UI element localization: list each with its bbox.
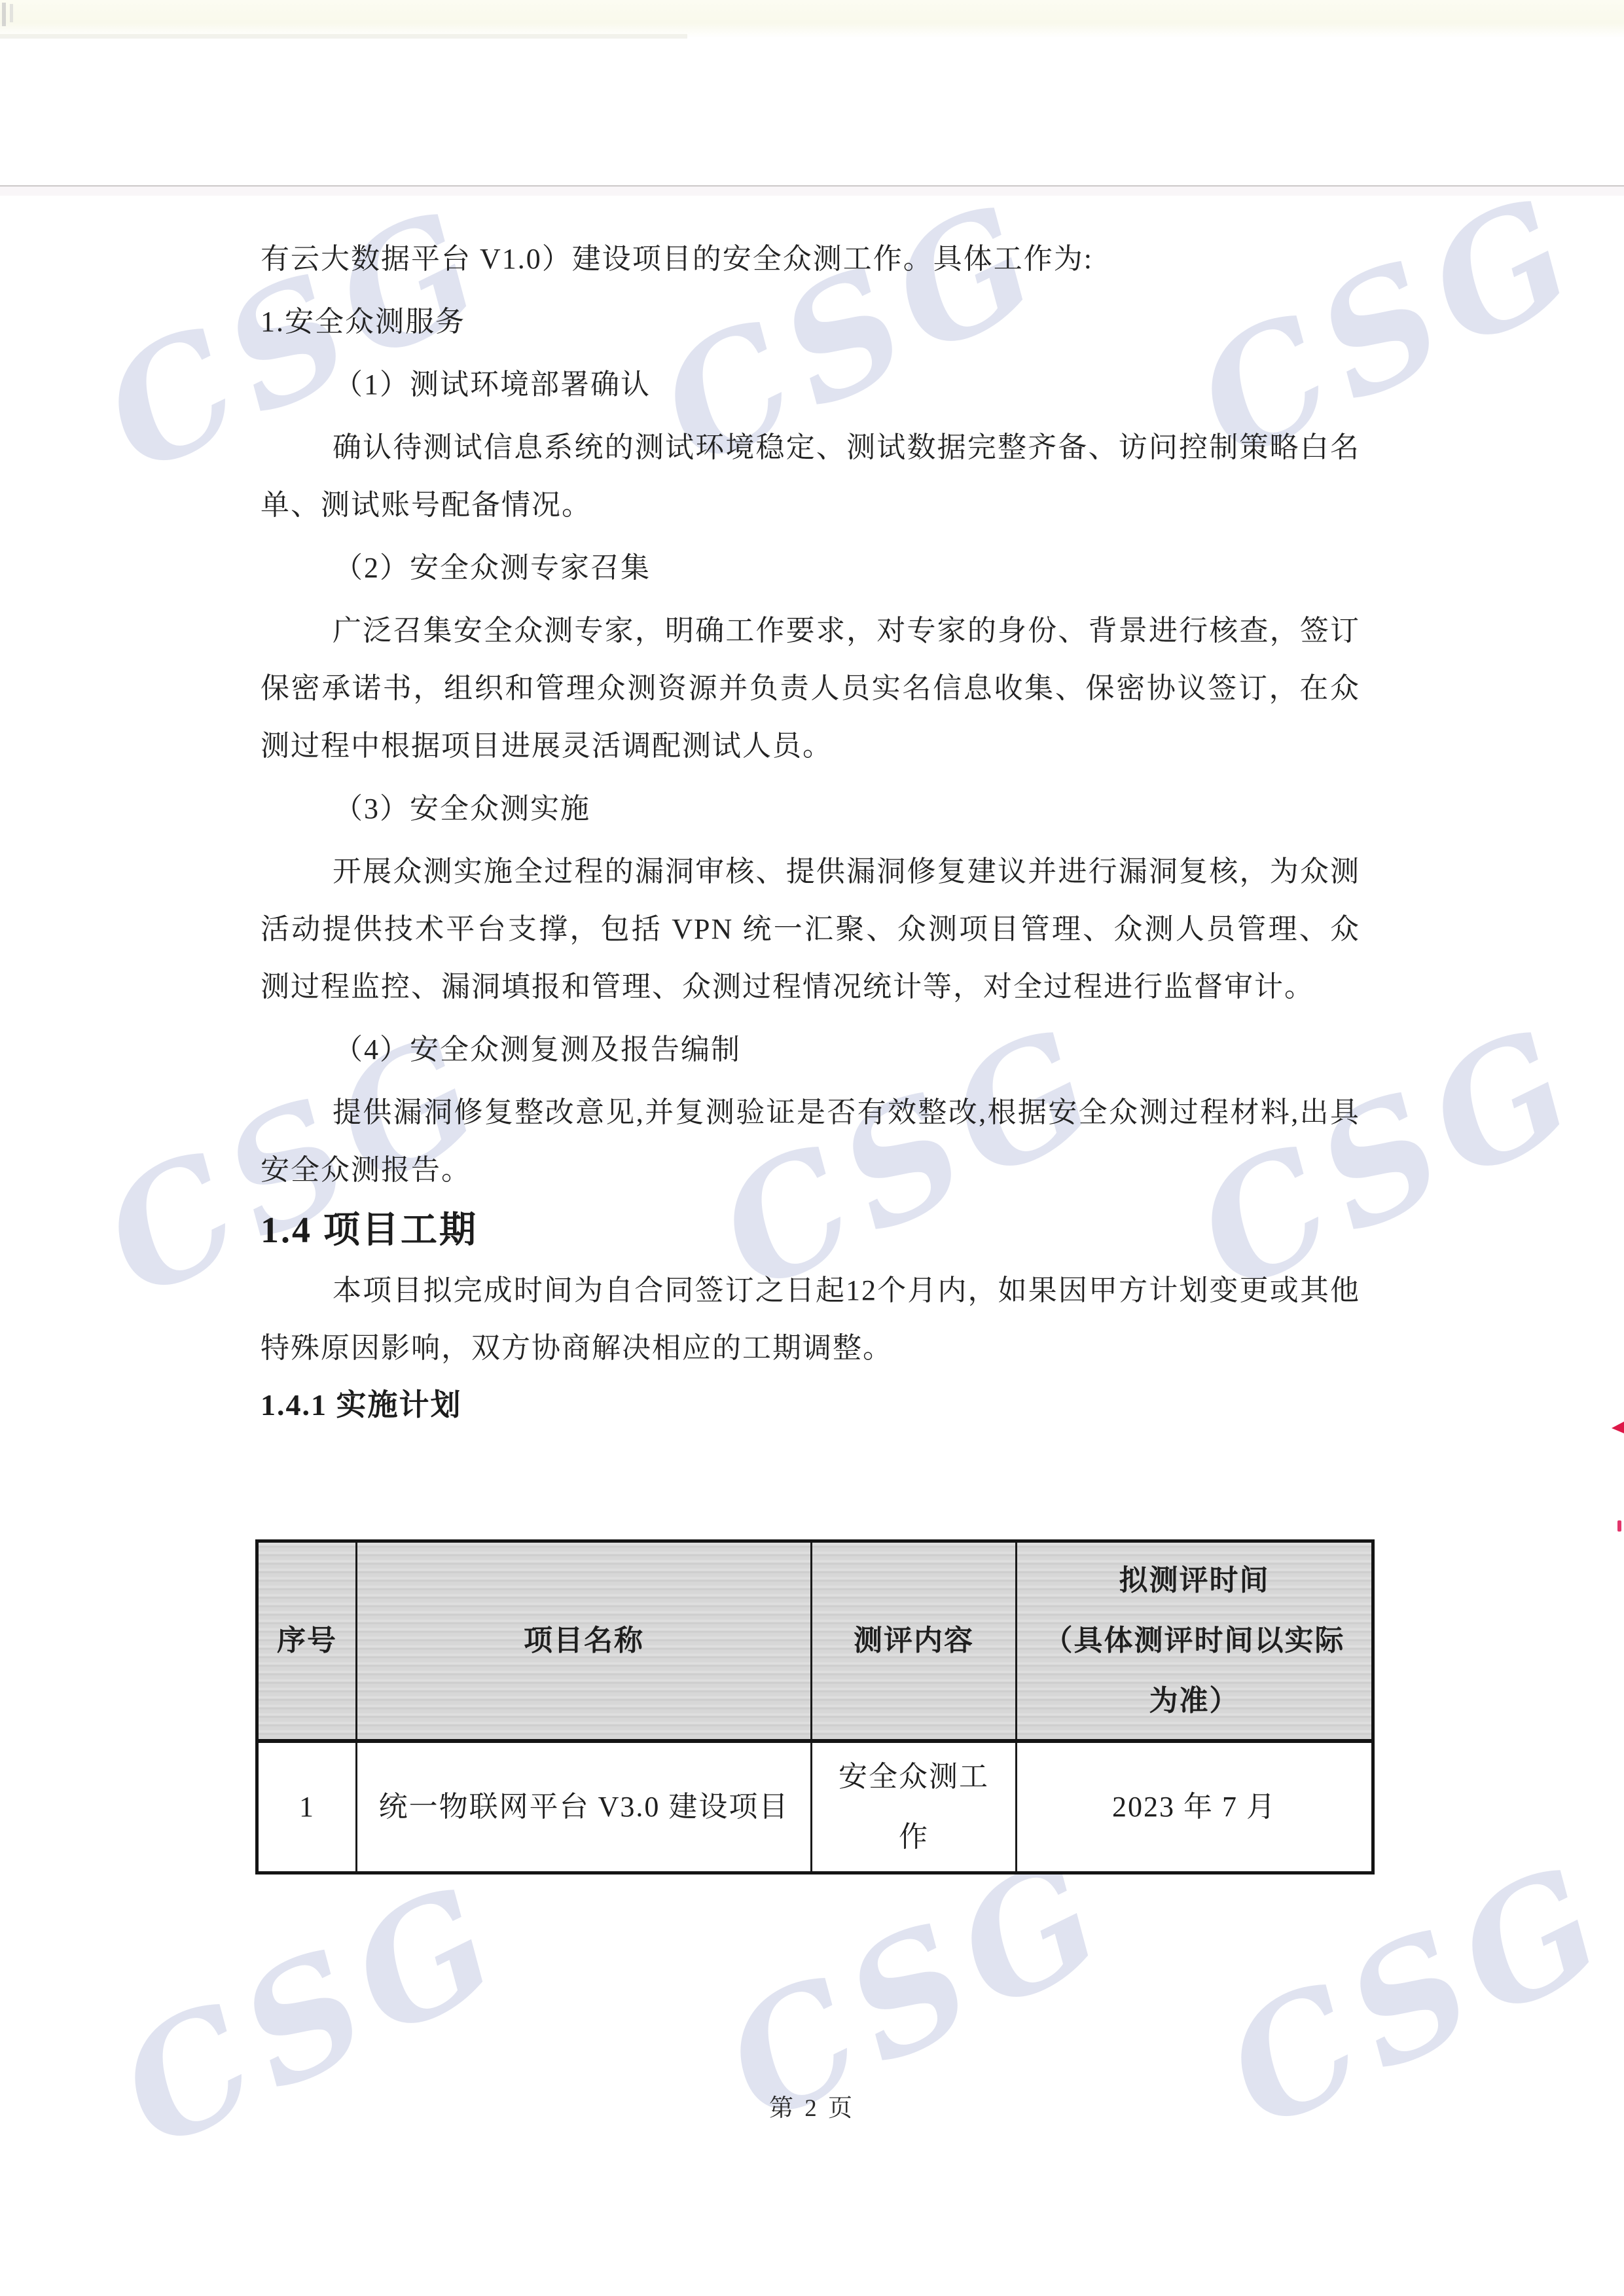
table-header-time-line1: 拟测评时间 (1036, 1551, 1353, 1611)
list-item-4-title: （4）安全众测复测及报告编制 (261, 1021, 1360, 1079)
section-1-4-body: 本项目拟完成时间为自合同签订之日起12个月内，如果因甲方计划变更或其他特殊原因影… (261, 1262, 1360, 1377)
list-item-1-title: （1）测试环境部署确认 (261, 356, 1360, 414)
list-item-3-body: 开展众测实施全过程的漏洞审核、提供漏洞修复建议并进行漏洞复核，为众测活动提供技术… (261, 843, 1360, 1016)
list-item-1-body: 确认待测试信息系统的测试环境稳定、测试数据完整齐备、访问控制策略白名单、测试账号… (261, 419, 1360, 534)
scan-corner-mark (2, 3, 6, 26)
scan-edge-streak (0, 34, 687, 39)
table-header-content: 测评内容 (812, 1541, 1017, 1742)
table-row: 1 统一物联网平台 V3.0 建设项目 安全众测工作 2023 年 7 月 (257, 1741, 1373, 1873)
paragraph-intro: 有云大数据平台 V1.0）建设项目的安全众测工作。具体工作为: (261, 230, 1360, 288)
scan-corner-mark (10, 4, 13, 22)
table-cell-project: 统一物联网平台 V3.0 建设项目 (357, 1741, 812, 1873)
scan-edge-band (0, 0, 1624, 38)
document-body: 有云大数据平台 V1.0）建设项目的安全众测工作。具体工作为: 1.安全众测服务… (261, 230, 1360, 1874)
scan-fold-shadow (0, 187, 1624, 196)
document-page: CSG CSG CSG CSG CSG CSG CSG CSG CSG 有云大数… (0, 0, 1624, 2296)
list-item-2-body: 广泛召集安全众测专家，明确工作要求，对专家的身份、背景进行核查，签订保密承诺书，… (261, 602, 1360, 775)
table-cell-time: 2023 年 7 月 (1017, 1741, 1373, 1873)
table-header-row: 序号 项目名称 测评内容 拟测评时间 （具体测评时间以实际为准） (257, 1541, 1373, 1742)
list-item-3-title: （3）安全众测实施 (261, 780, 1360, 838)
table-header-project: 项目名称 (357, 1541, 812, 1742)
table-cell-no: 1 (257, 1741, 357, 1873)
implementation-plan-table: 序号 项目名称 测评内容 拟测评时间 （具体测评时间以实际为准） 1 统一物联网… (255, 1539, 1375, 1874)
section-heading-1-4-1: 1.4.1 实施计划 (261, 1382, 1360, 1428)
list-item-4-body: 提供漏洞修复整改意见,并复测验证是否有效整改,根据安全众测过程材料,出具安全众测… (261, 1084, 1360, 1199)
table-cell-content: 安全众测工作 (812, 1741, 1017, 1873)
list-item-2-title: （2）安全众测专家召集 (261, 539, 1360, 597)
red-scan-mark-tick (1617, 1520, 1621, 1532)
table-header-time-line2: （具体测评时间以实际为准） (1036, 1611, 1353, 1731)
section-heading-1-4: 1.4 项目工期 (261, 1204, 1360, 1257)
table-header-time: 拟测评时间 （具体测评时间以实际为准） (1017, 1541, 1373, 1742)
list-title: 1.安全众测服务 (261, 293, 1360, 351)
table-header-no: 序号 (257, 1541, 357, 1742)
csg-watermark: CSG (90, 1854, 506, 2191)
red-scan-mark-arrow (1612, 1422, 1624, 1433)
page-number: 第 2 页 (0, 2088, 1624, 2123)
